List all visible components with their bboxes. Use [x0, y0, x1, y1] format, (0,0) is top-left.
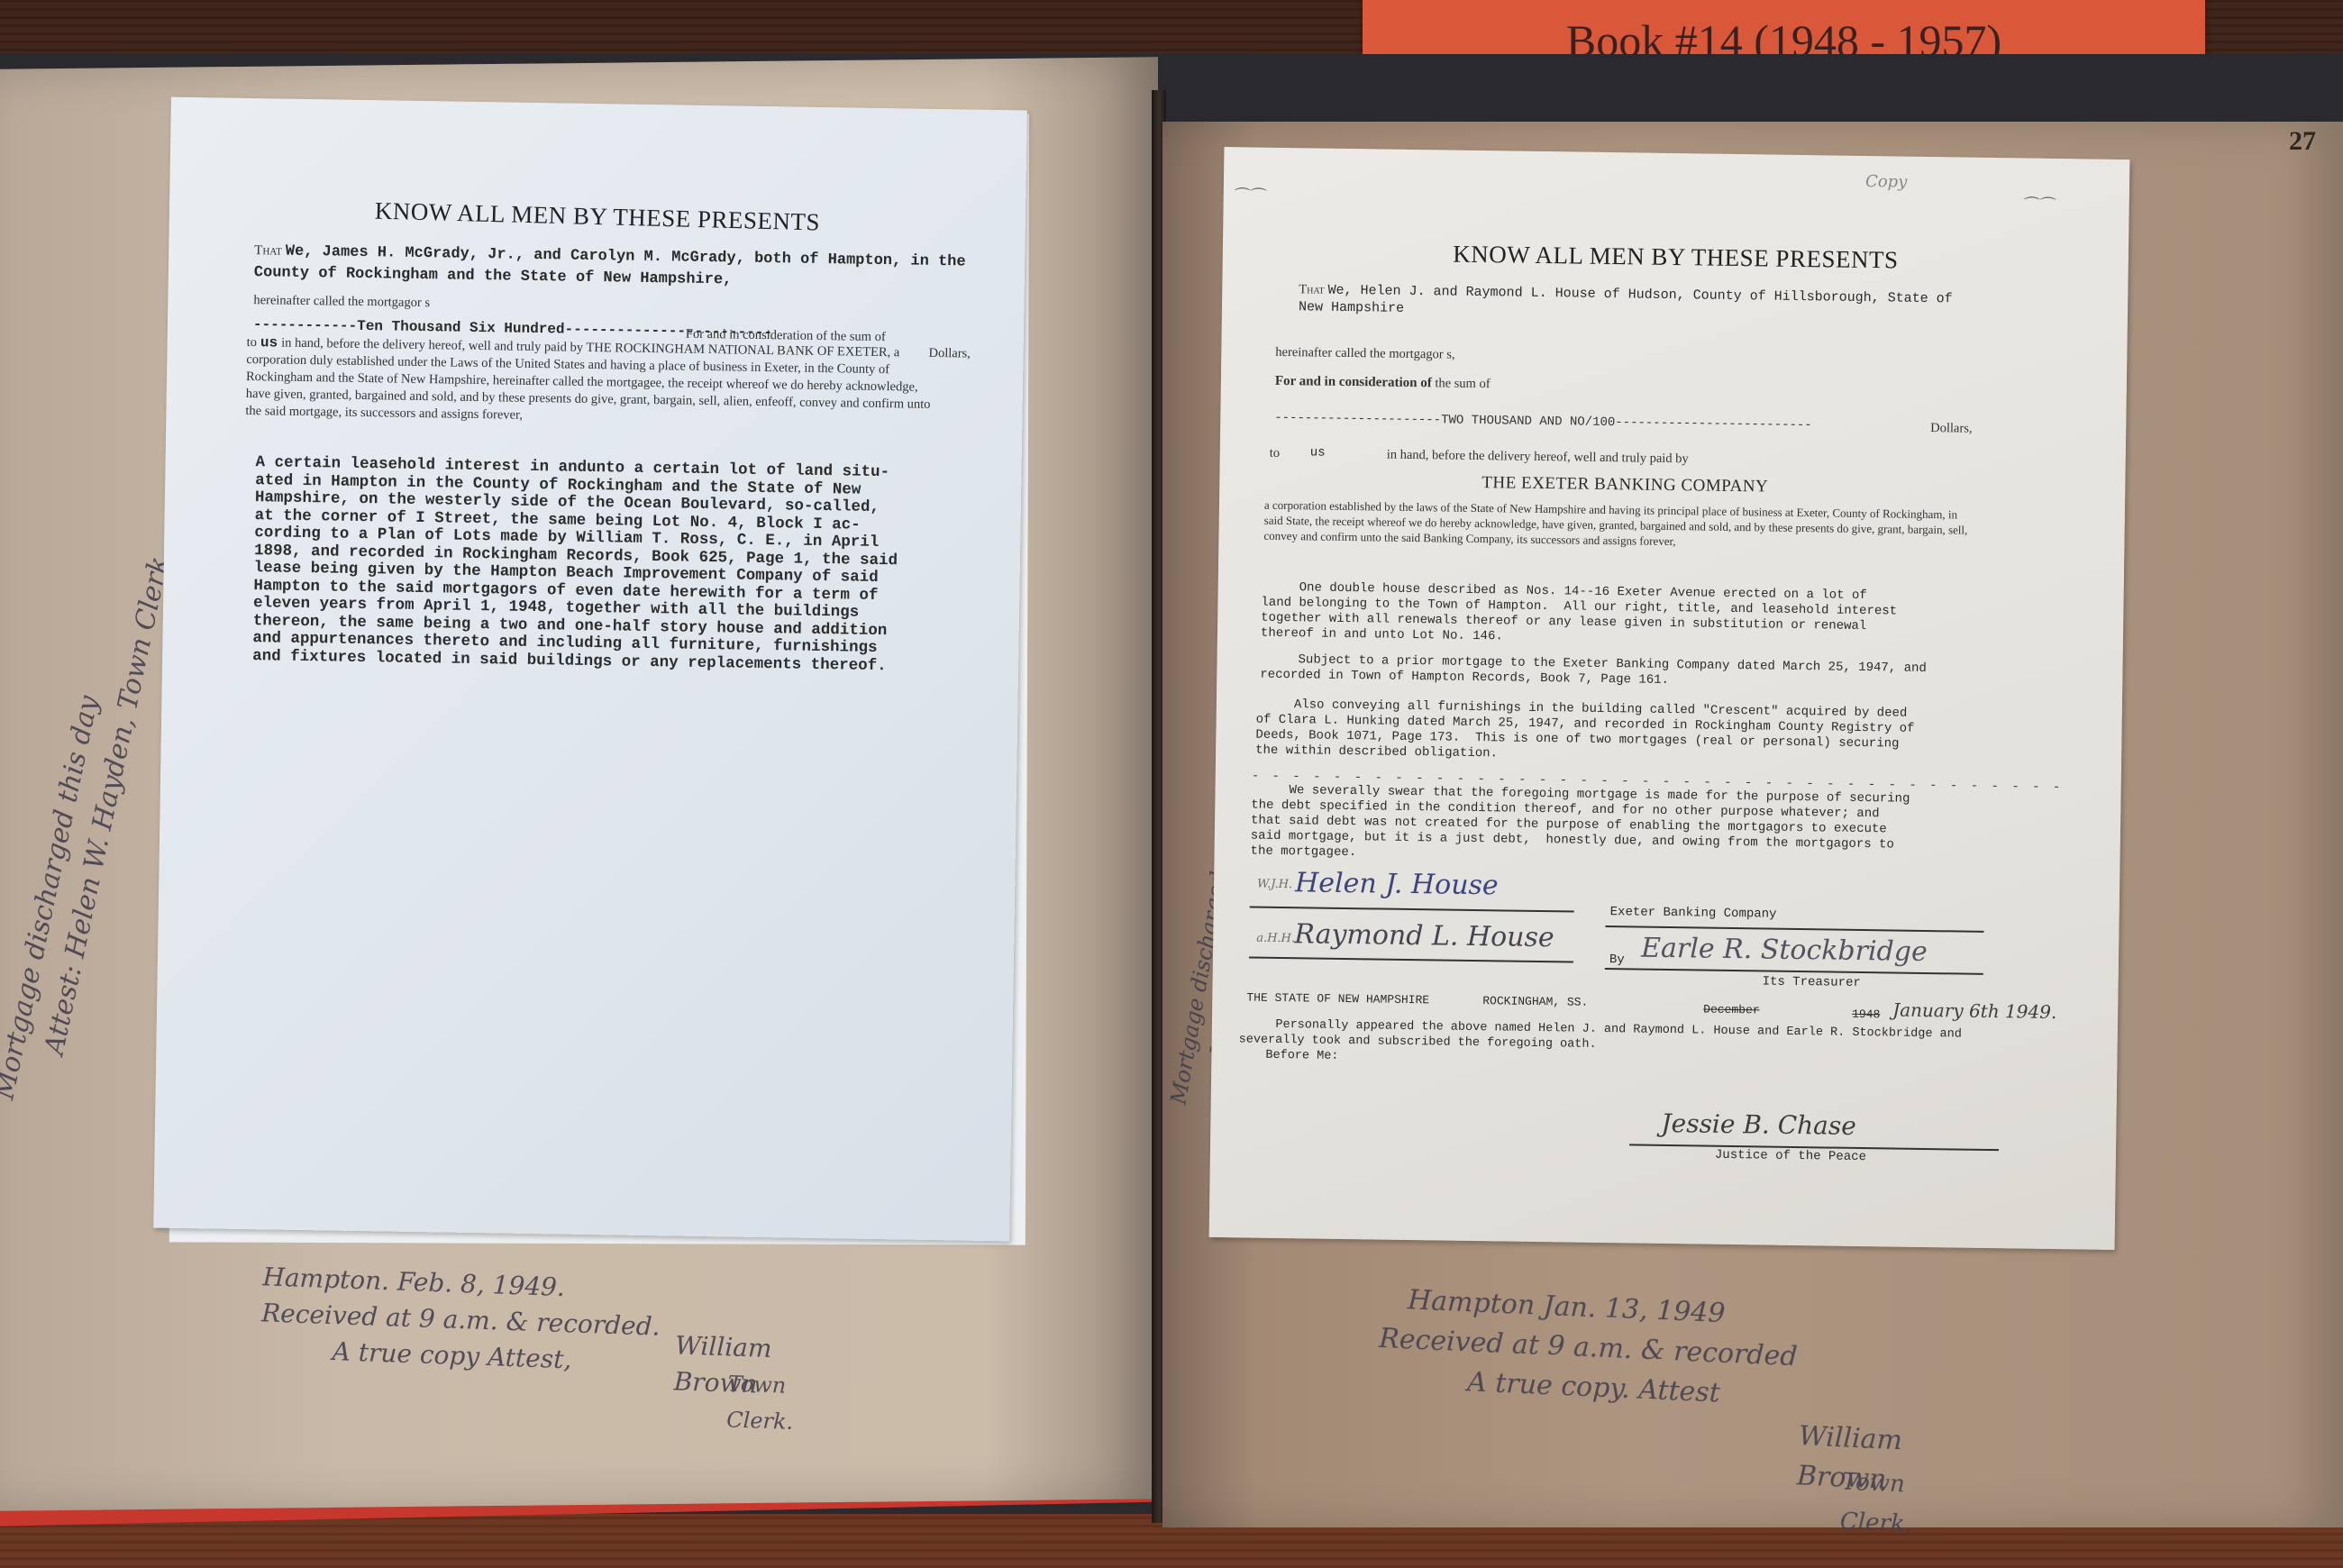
- signature-line-1: [1250, 907, 1574, 913]
- consideration-line: For and in consideration of the sum of: [1275, 373, 1491, 393]
- preamble-block: to us in hand, before the delivery hereo…: [245, 334, 935, 431]
- mortgagor-parties: We, James H. McGrady, Jr., and Carolyn M…: [254, 243, 966, 289]
- preamble-text: a corporation established by the laws of…: [1263, 497, 1976, 553]
- left-recording-note: Hampton. Feb. 8, 1949. Received at 9 a.m…: [260, 1259, 662, 1381]
- struck-month: December: [1703, 1003, 1760, 1017]
- staple-mark-left: ⌒⌒: [1235, 183, 1267, 207]
- bank-name: THE EXETER BANKING COMPANY: [1219, 469, 2030, 501]
- that-label: That: [1299, 282, 1325, 296]
- right-mortgage-document: Copy ⌒⌒ ⌒⌒ KNOW ALL MEN BY THESE PRESENT…: [1209, 147, 2130, 1250]
- document-title: KNOW ALL MEN BY THESE PRESENTS: [1223, 237, 2129, 278]
- furnishings-clause: Also conveying all furnishings in the bu…: [1255, 697, 2004, 770]
- that-label: That: [254, 243, 282, 258]
- mortgagor-parties: We, Helen J. and Raymond L. House of Hud…: [1299, 283, 1953, 316]
- signature-line-2: [1249, 957, 1573, 963]
- right-recording-note: Hampton Jan. 13, 1949 Received at 9 a.m.…: [1376, 1280, 1800, 1417]
- oath-clause: We severally swear that the foregoing mo…: [1250, 783, 1999, 871]
- to-value: us: [260, 334, 278, 351]
- preamble-text: in hand, before the delivery hereof, wel…: [245, 336, 930, 423]
- by-label: By: [1609, 953, 1625, 967]
- county-line: ROCKINGHAM, SS.: [1482, 994, 1588, 1009]
- treasurer-title: Its Treasurer: [1763, 974, 1861, 990]
- before-me-label: Before Me:: [1265, 1049, 1338, 1063]
- parties-block: That We, James H. McGrady, Jr., and Caro…: [254, 241, 976, 296]
- state-line: THE STATE OF NEW HAMPSHIRE: [1246, 990, 1429, 1007]
- struck-year: 1948: [1852, 1007, 1880, 1021]
- treasurer-signature: Earle R. Stockbridge: [1641, 933, 1928, 968]
- treasurer-signature-line: [1605, 968, 1983, 975]
- staple-mark-right: ⌒⌒: [2024, 192, 2056, 216]
- parties-block: That We, Helen J. and Raymond L. House o…: [1299, 281, 1983, 325]
- witness-initials-1: W.J.H.: [1257, 878, 1292, 892]
- mortgagor-signature-1: Helen J. House: [1295, 867, 1499, 901]
- copy-mark: Copy: [1865, 172, 1908, 192]
- loan-amount: ----------------------TWO THOUSAND AND N…: [1274, 411, 1812, 433]
- justice-signature: Jessie B. Chase: [1661, 1108, 1856, 1141]
- to-label: to: [1270, 445, 1281, 462]
- mortgagee-name: Exeter Banking Company: [1610, 905, 1777, 922]
- witness-initials-2: a.H.H.: [1256, 932, 1295, 946]
- mortgagor-signature-2: Raymond L. House: [1294, 918, 1554, 953]
- clerk-title: Town Clerk.: [726, 1365, 796, 1440]
- to-label: to: [247, 335, 258, 350]
- mortgagor-line: hereinafter called the mortgagor s: [253, 292, 430, 312]
- consideration-bold: For and in consideration of: [1275, 374, 1432, 390]
- consideration-rest: the sum of: [1435, 376, 1490, 391]
- page-number: 27: [2289, 126, 2316, 157]
- mortgagee-name-line: [1605, 925, 1983, 933]
- property-description: A certain leasehold interest in andunto …: [252, 454, 941, 676]
- prior-mortgage-clause: Subject to a prior mortgage to the Exete…: [1260, 652, 2008, 694]
- document-title: KNOW ALL MEN BY THESE PRESENTS: [169, 192, 1026, 242]
- justice-title: Justice of the Peace: [1715, 1148, 1866, 1164]
- left-mortgage-document: KNOW ALL MEN BY THESE PRESENTS That We, …: [153, 97, 1027, 1242]
- dollars-label: Dollars,: [1930, 420, 1973, 438]
- clerk-title: Town Clerk.: [1839, 1462, 1915, 1544]
- paid-by-line: in hand, before the delivery hereof, wel…: [1387, 447, 1689, 469]
- to-value: us: [1310, 445, 1326, 460]
- property-description: One double house described as Nos. 14--1…: [1261, 580, 2010, 652]
- handwritten-oath-date: January 6th 1949.: [1892, 998, 2056, 1023]
- personally-appeared-text: Personally appeared the above named Hele…: [1239, 1016, 1987, 1058]
- mortgagor-line: hereinafter called the mortgagor s,: [1275, 344, 1455, 364]
